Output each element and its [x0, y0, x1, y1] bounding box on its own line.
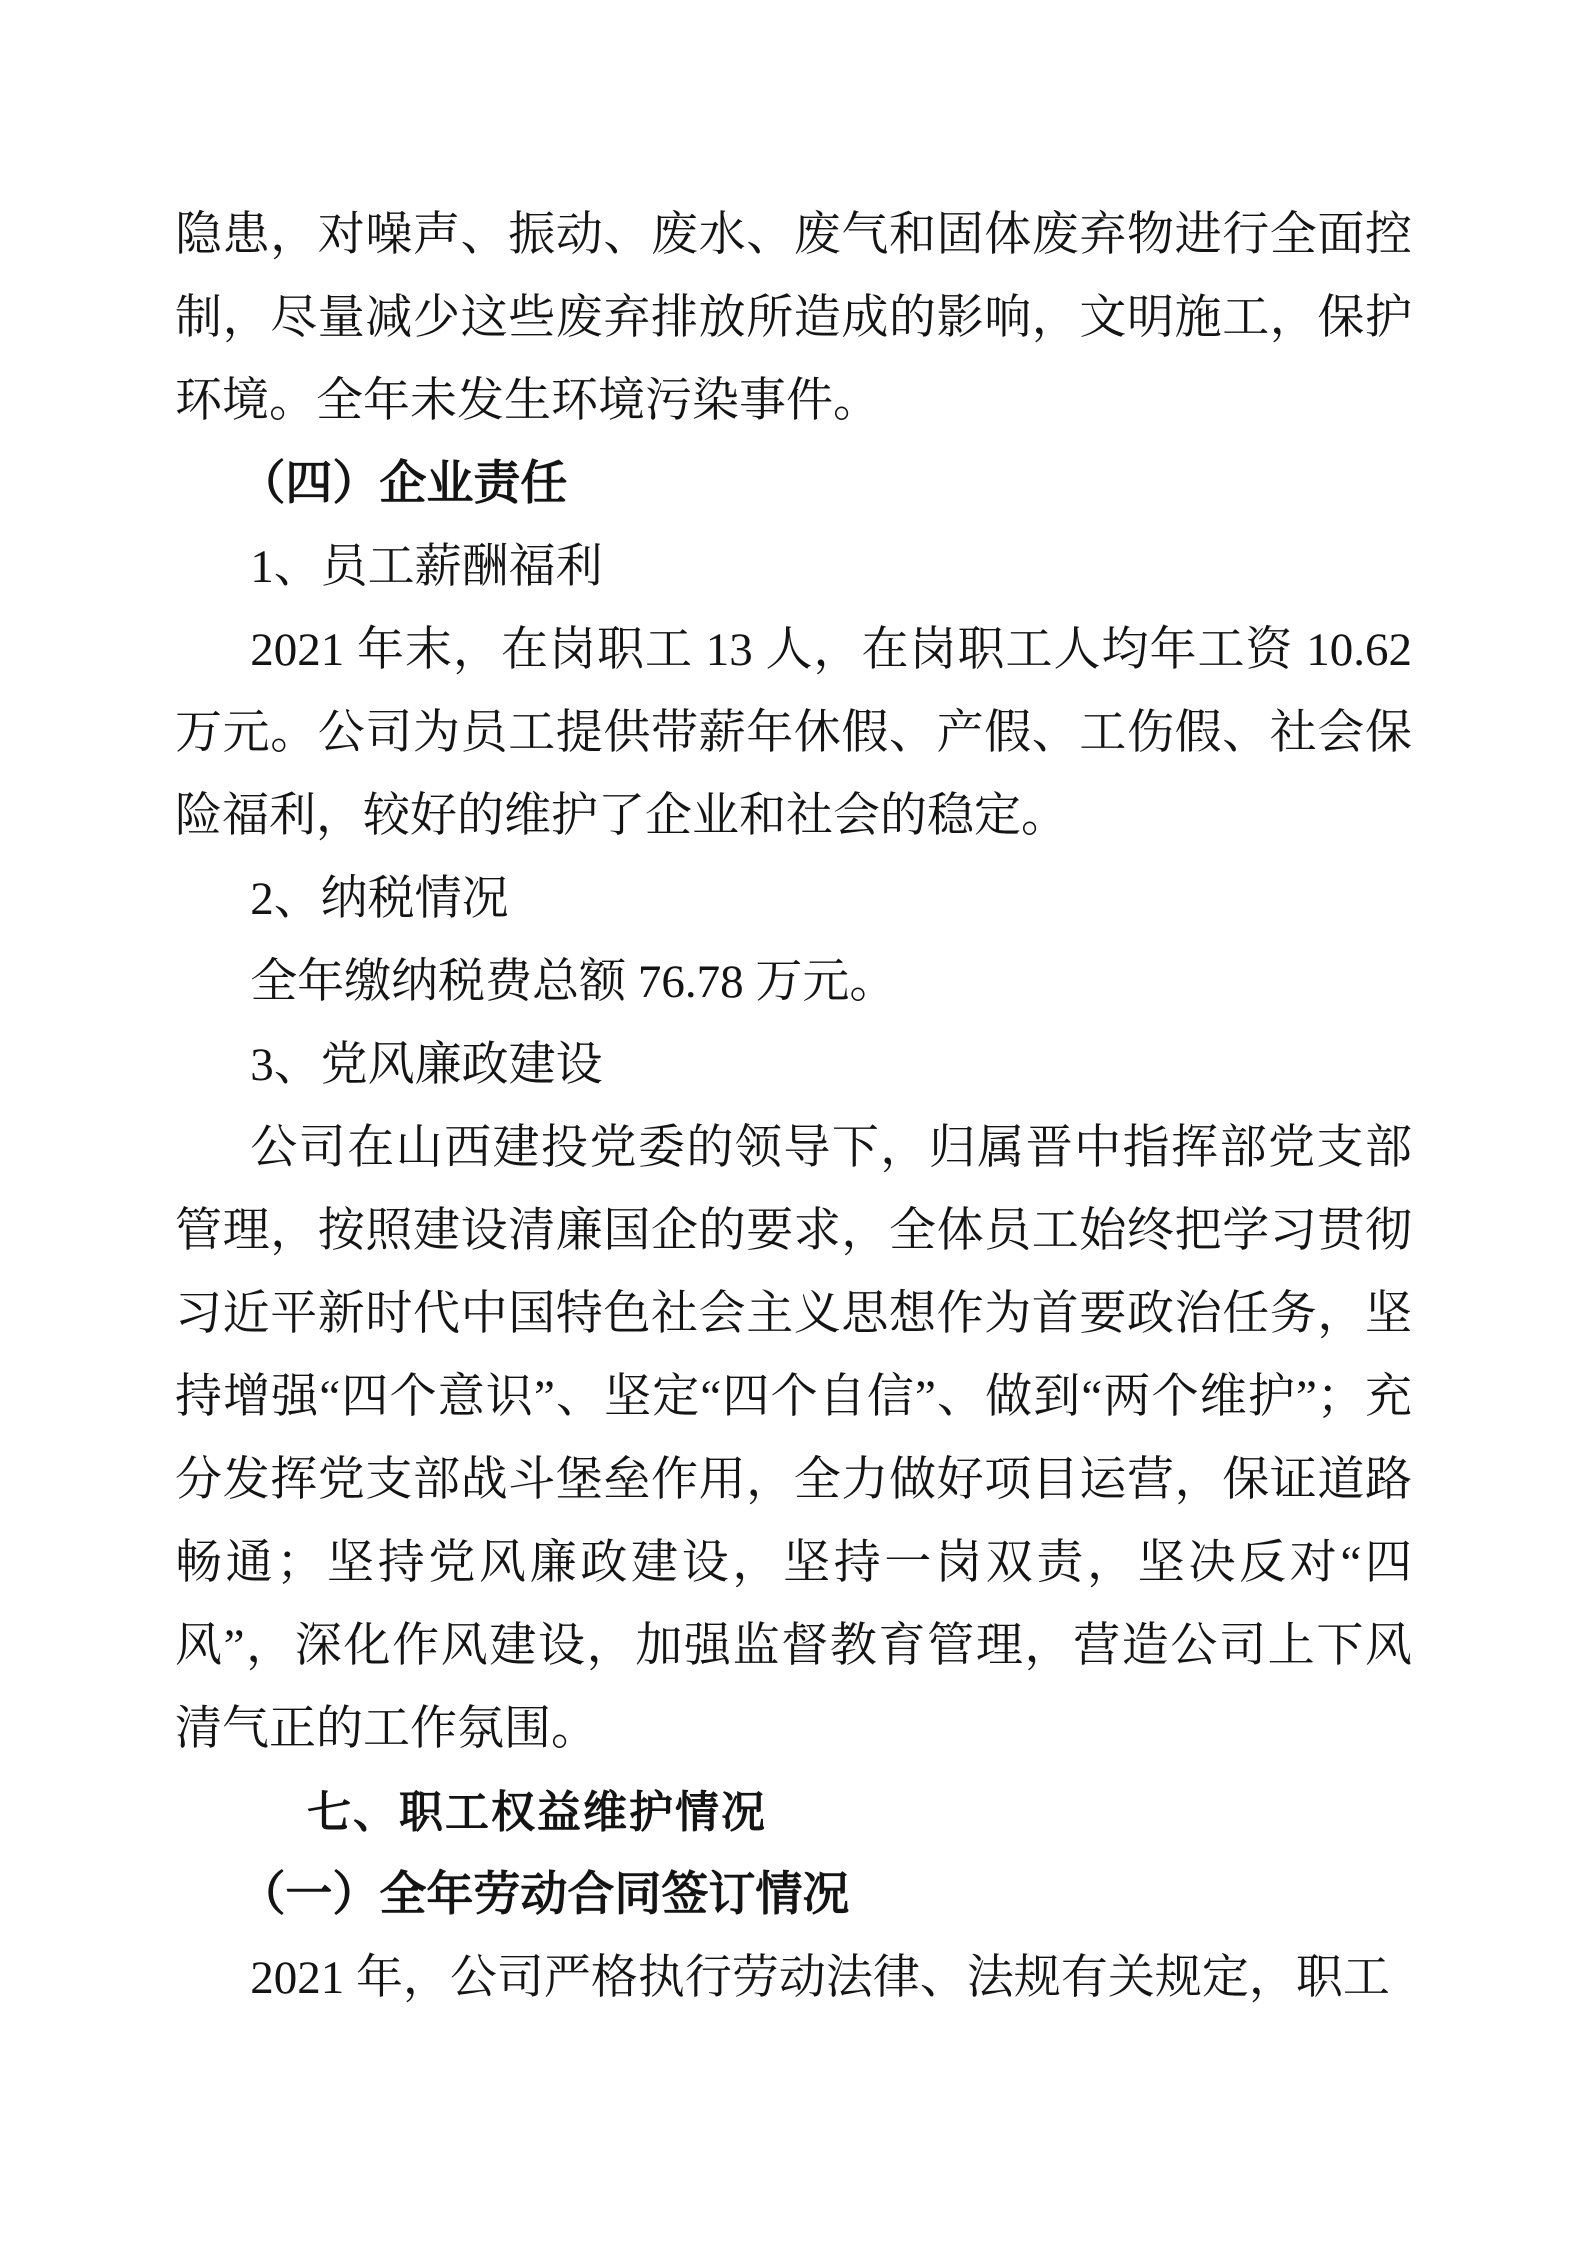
heading-enterprise-responsibility: （四）企业责任 [175, 443, 1412, 526]
heading-employee-rights-chapter: 七、职工权益维护情况 [175, 1771, 1412, 1854]
heading-employee-compensation: 1、员工薪酬福利 [175, 526, 1412, 609]
paragraph-employee-compensation: 2021 年末，在岗职工 13 人，在岗职工人均年工资 10.62 万元。公司为… [175, 609, 1412, 858]
paragraph-tax-payment: 全年缴纳税费总额 76.78 万元。 [175, 941, 1412, 1024]
heading-tax-payment: 2、纳税情况 [175, 858, 1412, 941]
heading-labor-contract: （一）全年劳动合同签订情况 [175, 1854, 1412, 1937]
document-page: 隐患，对噪声、振动、废水、废气和固体废弃物进行全面控制，尽量减少这些废弃排放所造… [0, 0, 1587, 2245]
paragraph-labor-contract: 2021 年，公司严格执行劳动法律、法规有关规定，职工 [175, 1937, 1412, 2020]
paragraph-party-conduct: 公司在山西建投党委的领导下，归属晋中指挥部党支部管理，按照建设清廉国企的要求，全… [175, 1107, 1412, 1771]
heading-party-conduct: 3、党风廉政建设 [175, 1024, 1412, 1107]
paragraph-environment-control: 隐患，对噪声、振动、废水、废气和固体废弃物进行全面控制，尽量减少这些废弃排放所造… [175, 194, 1412, 443]
